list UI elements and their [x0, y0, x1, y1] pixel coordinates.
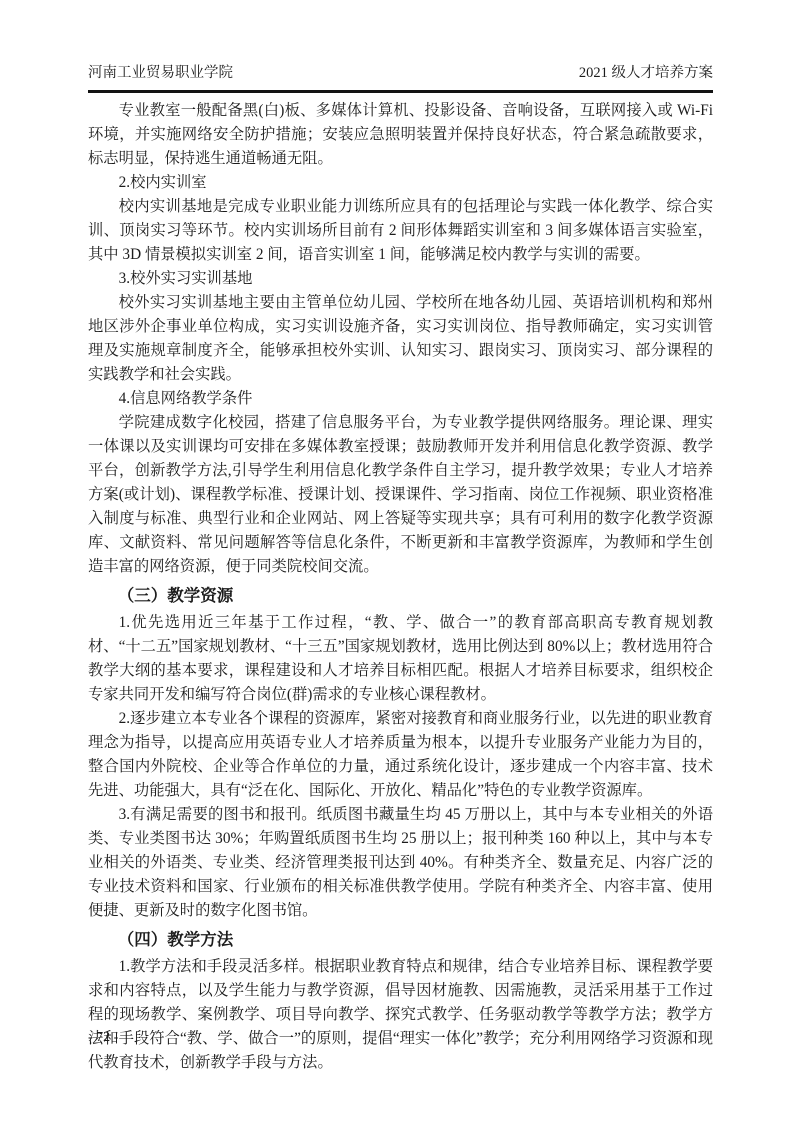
page-header: 河南工业贸易职业学院 2021 级人才培养方案	[88, 63, 713, 83]
page-number: - 72 -	[88, 1030, 118, 1045]
body-paragraph: 专业教室一般配备黑(白)板、多媒体计算机、投影设备、音响设备，互联网接入或 Wi…	[88, 99, 713, 171]
body-paragraph: 2.逐步建立本专业各个课程的资源库，紧密对接教育和商业服务行业，以先进的职业教育…	[88, 707, 713, 803]
header-school-name: 河南工业贸易职业学院	[88, 63, 233, 83]
body-paragraph: 1.教学方法和手段灵活多样。根据职业教育特点和规律，结合专业培养目标、课程教学要…	[88, 955, 713, 1075]
section-heading: （四）教学方法	[88, 927, 713, 952]
document-body: 专业教室一般配备黑(白)板、多媒体计算机、投影设备、音响设备，互联网接入或 Wi…	[88, 99, 713, 1075]
page-footer: - 72 -	[88, 1028, 118, 1048]
body-paragraph: 1.优先选用近三年基于工作过程，“教、学、做合一”的教育部高职高专教育规划教材、…	[88, 611, 713, 707]
document-page: 河南工业贸易职业学院 2021 级人才培养方案 专业教室一般配备黑(白)板、多媒…	[0, 0, 793, 1122]
body-paragraph: 校内实训基地是完成专业职业能力训练所应具有的包括理论与实践一体化教学、综合实训、…	[88, 195, 713, 267]
body-paragraph: 3.有满足需要的图书和报刊。纸质图书藏量生均 45 万册以上，其中与本专业相关的…	[88, 803, 713, 923]
body-paragraph: 校外实习实训基地主要由主管单位幼儿园、学校所在地各幼儿园、英语培训机构和郑州地区…	[88, 291, 713, 387]
numbered-subheading: 3.校外实习实训基地	[88, 267, 713, 291]
body-paragraph: 学院建成数字化校园，搭建了信息服务平台，为专业教学提供网络服务。理论课、理实一体…	[88, 411, 713, 579]
numbered-subheading: 2.校内实训室	[88, 171, 713, 195]
section-heading: （三）教学资源	[88, 583, 713, 608]
numbered-subheading: 4.信息网络教学条件	[88, 387, 713, 411]
header-rule	[88, 90, 713, 93]
header-doc-title: 2021 级人才培养方案	[579, 63, 713, 83]
